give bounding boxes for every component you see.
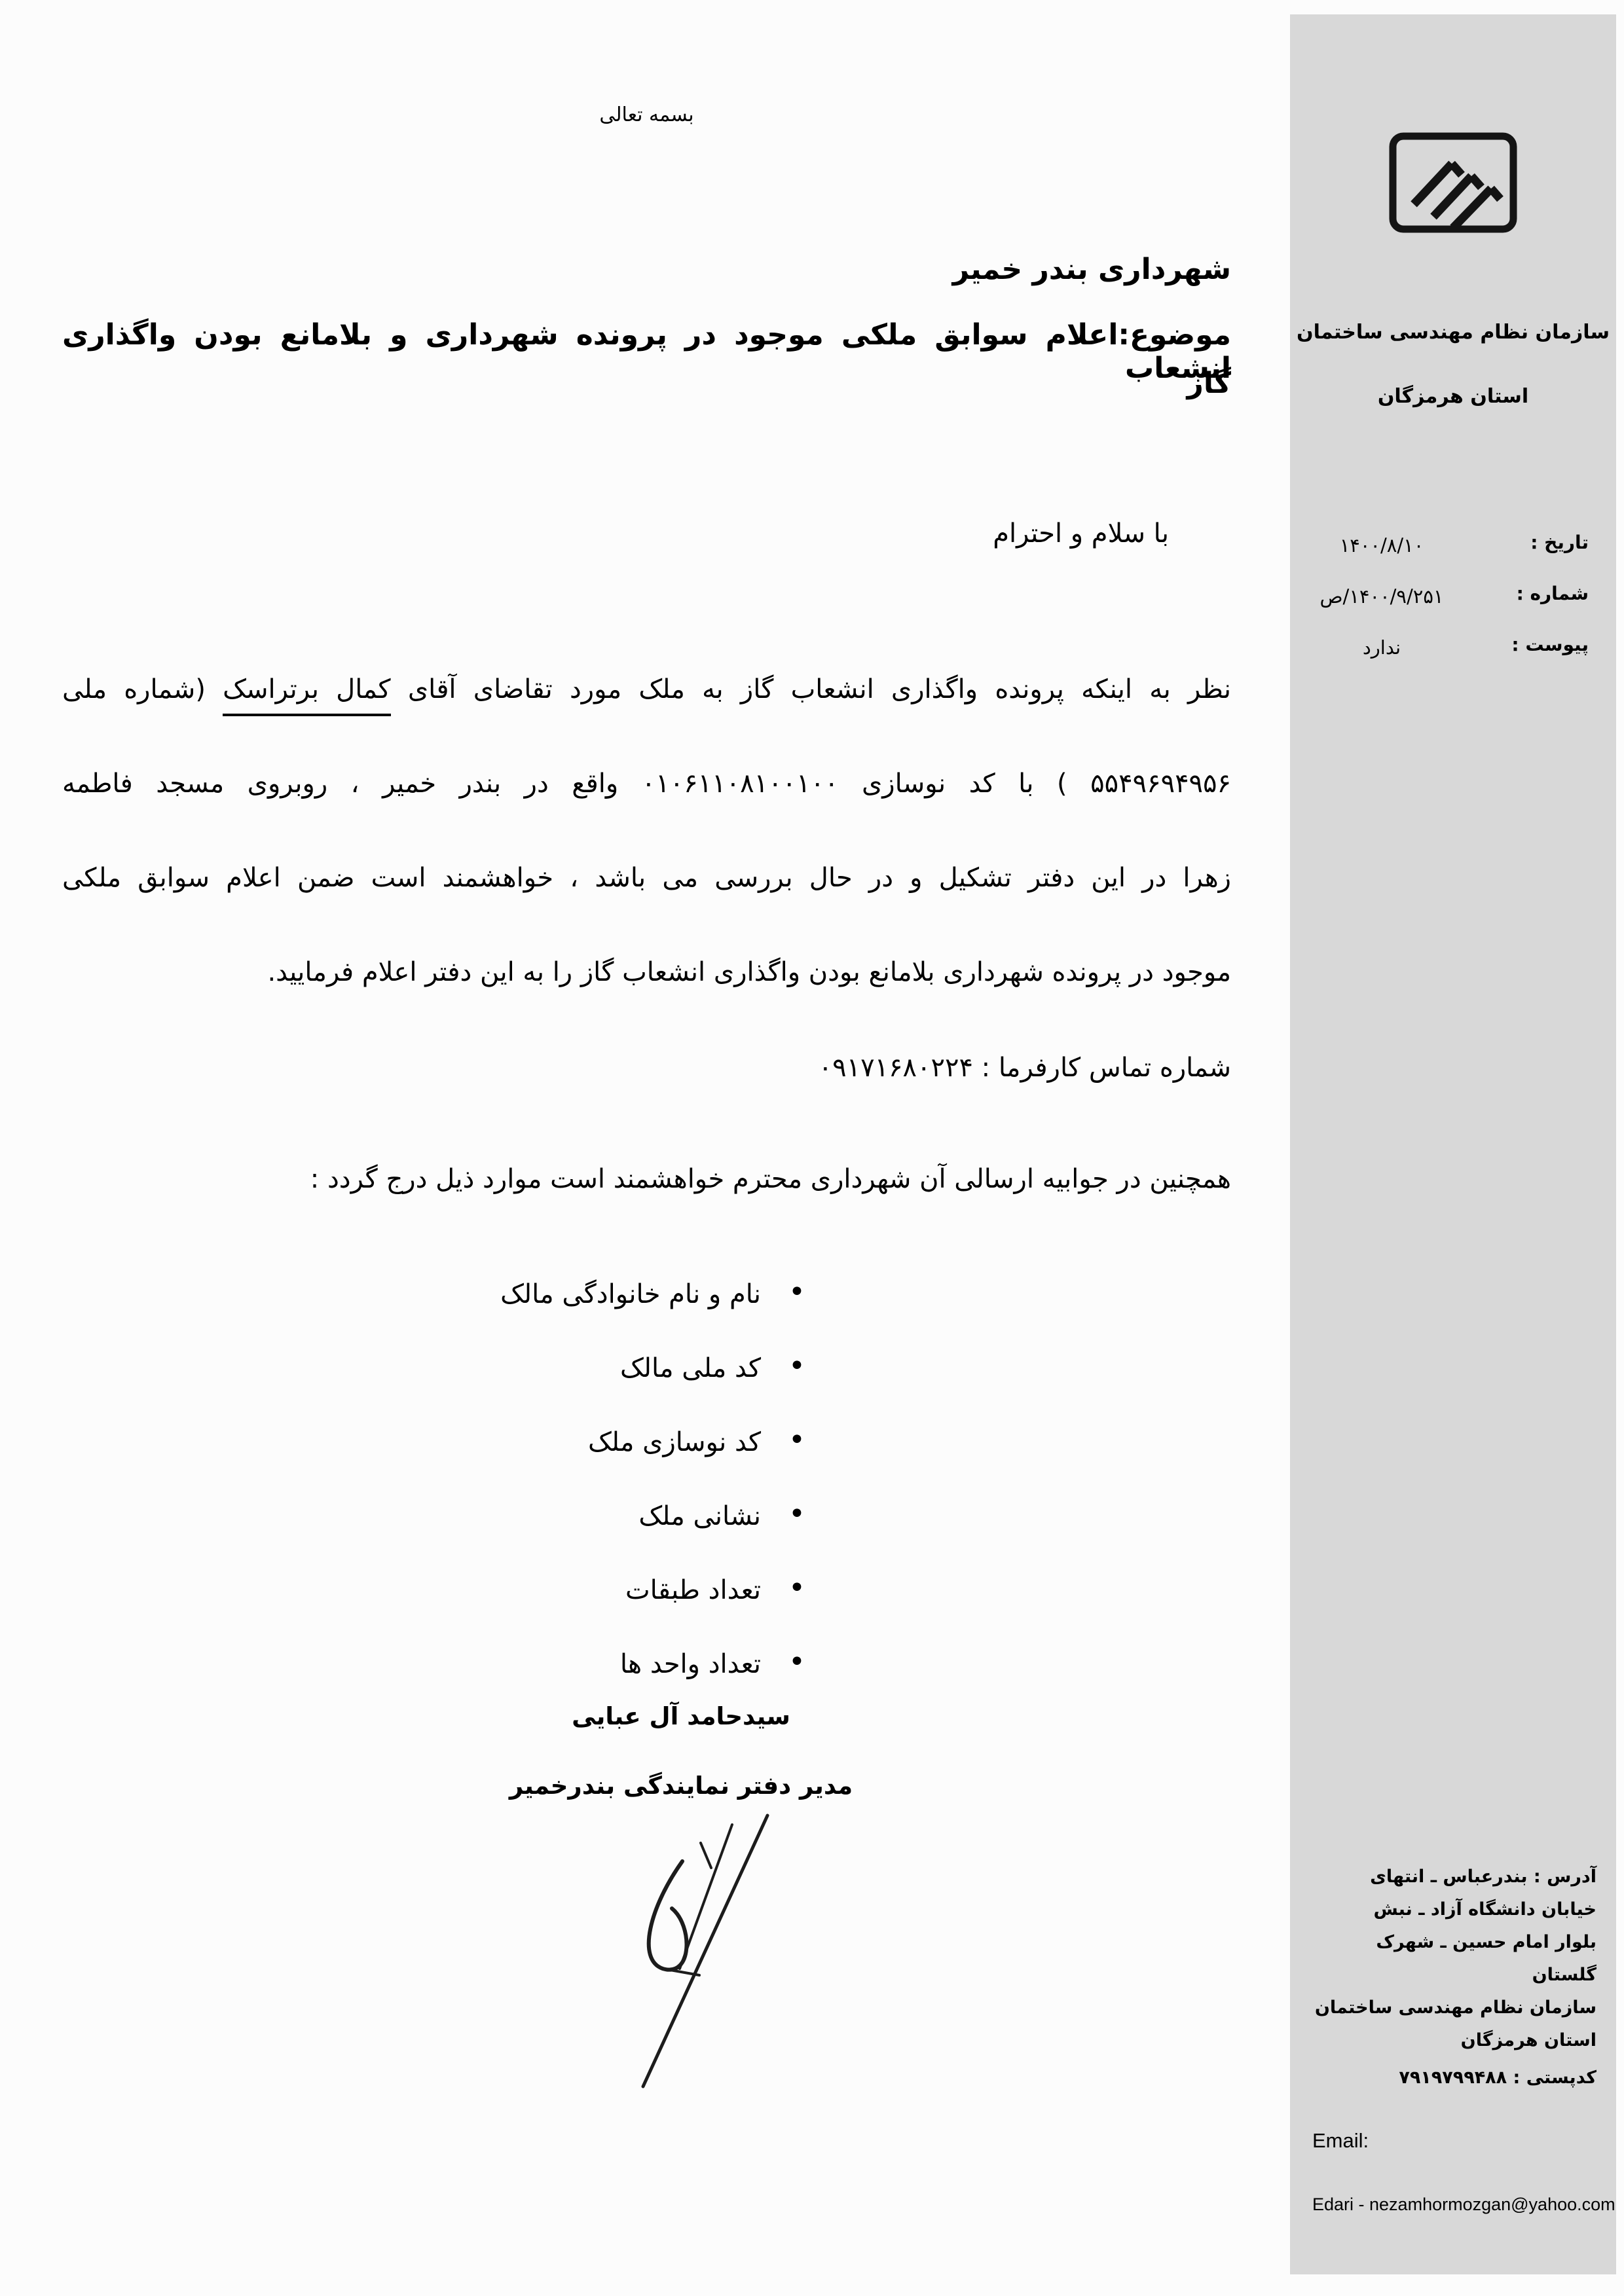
greeting-line: با سلام و احترام xyxy=(62,519,1231,549)
applicant-name-underlined: کمال برتراسک xyxy=(223,674,390,716)
requested-items-list: •نام و نام خانوادگی مالک •کد ملی مالک •ک… xyxy=(500,1275,805,1719)
address-line: گلستان xyxy=(1303,1959,1596,1992)
list-item: •نشانی ملک xyxy=(500,1497,805,1571)
attachment-value: ندارد xyxy=(1306,636,1457,659)
scanned-letter-page: { "colors": { "page_bg": "#fcfcfc", "sid… xyxy=(0,0,1624,2296)
list-item: •نام و نام خانوادگی مالک xyxy=(500,1275,805,1349)
body-line1-pre: نظر به اینکه پرونده واگذاری انشعاب گاز ب… xyxy=(391,674,1231,704)
address-line: آدرس : بندرعباس ـ انتهای xyxy=(1303,1861,1596,1893)
address-line: خیابان دانشگاه آزاد ـ نبش xyxy=(1303,1893,1596,1926)
address-line: بلوار امام حسین ـ شهرک xyxy=(1303,1926,1596,1959)
number-value: ۱۴۰۰/۹/۲۵۱/ص xyxy=(1306,585,1457,608)
address-line: سازمان نظام مهندسی ساختمان xyxy=(1303,1992,1596,2024)
body-line-3: زهرا در این دفتر تشکیل و در حال بررسی می… xyxy=(62,863,1231,957)
bullet-icon: • xyxy=(788,1645,805,1679)
bullet-icon: • xyxy=(788,1497,805,1531)
list-item-label: نشانی ملک xyxy=(638,1501,761,1531)
address-line: استان هرمزگان xyxy=(1303,2024,1596,2057)
subject-tail: گاز xyxy=(62,367,1231,400)
address-block: آدرس : بندرعباس ـ انتهای خیابان دانشگاه … xyxy=(1290,1861,1616,2094)
body-line-1: نظر به اینکه پرونده واگذاری انشعاب گاز ب… xyxy=(62,674,1231,769)
request-line: همچنین در جوابیه ارسالی آن شهرداری محترم… xyxy=(62,1164,1231,1194)
handwritten-signature xyxy=(602,1804,786,2098)
list-item-label: نام و نام خانوادگی مالک xyxy=(500,1279,761,1309)
email-label: Email: xyxy=(1312,2129,1369,2153)
signer-name: سیدحامد آل عبایی xyxy=(524,1702,838,1730)
number-field: شماره : ۱۴۰۰/۹/۲۵۱/ص xyxy=(1290,583,1616,622)
bullet-icon: • xyxy=(788,1423,805,1457)
bismillah-text: بسمه تعالی xyxy=(62,103,1231,126)
letterhead-sidebar: سازمان نظام مهندسی ساختمان استان هرمزگان… xyxy=(1290,14,1616,2274)
body-paragraph: نظر به اینکه پرونده واگذاری انشعاب گاز ب… xyxy=(62,674,1231,1051)
date-field: تاریخ : ۱۴۰۰/۸/۱۰ xyxy=(1290,532,1616,571)
list-item-label: کد ملی مالک xyxy=(620,1353,761,1383)
list-item-label: تعداد واحد ها xyxy=(620,1649,761,1679)
organization-province: استان هرمزگان xyxy=(1290,385,1616,408)
bullet-icon: • xyxy=(788,1571,805,1605)
attachment-label: پیوست : xyxy=(1511,634,1589,655)
employer-phone-line: شماره تماس کارفرما : ۰۹۱۷۱۶۸۰۲۲۴ xyxy=(62,1053,1231,1083)
email-address: Edari - nezamhormozgan@yahoo.com xyxy=(1312,2195,1615,2215)
body-line1-post: (شماره ملی xyxy=(62,674,223,704)
signer-title: مدیر دفتر نمایندگی بندرخمیر xyxy=(498,1772,864,1800)
bullet-icon: • xyxy=(788,1349,805,1383)
list-item: •کد ملی مالک xyxy=(500,1349,805,1423)
engineering-organization-logo-icon xyxy=(1388,131,1519,234)
postal-code-line: کدپستی : ۷۹۱۹۷۹۹۴۸۸ xyxy=(1303,2062,1596,2094)
recipient-line: شهرداری بندر خمیر xyxy=(62,253,1231,286)
list-item-label: کد نوسازی ملک xyxy=(588,1427,761,1457)
list-item: •کد نوسازی ملک xyxy=(500,1423,805,1497)
number-label: شماره : xyxy=(1517,583,1589,604)
date-label: تاریخ : xyxy=(1530,532,1589,553)
list-item-label: تعداد طبقات xyxy=(625,1575,761,1605)
body-line-2: ۵۵۴۹۶۹۴۹۵۶ ) با کد نوسازی ۰۱۰۶۱۱۰۸۱۰۰۱۰۰… xyxy=(62,769,1231,863)
organization-name: سازمان نظام مهندسی ساختمان xyxy=(1290,321,1616,344)
list-item: •تعداد طبقات xyxy=(500,1571,805,1645)
date-value: ۱۴۰۰/۸/۱۰ xyxy=(1306,534,1457,556)
bullet-icon: • xyxy=(788,1275,805,1309)
body-line-4: موجود در پرونده شهرداری بلامانع بودن واگ… xyxy=(62,957,1231,1051)
attachment-field: پیوست : ندارد xyxy=(1290,634,1616,673)
